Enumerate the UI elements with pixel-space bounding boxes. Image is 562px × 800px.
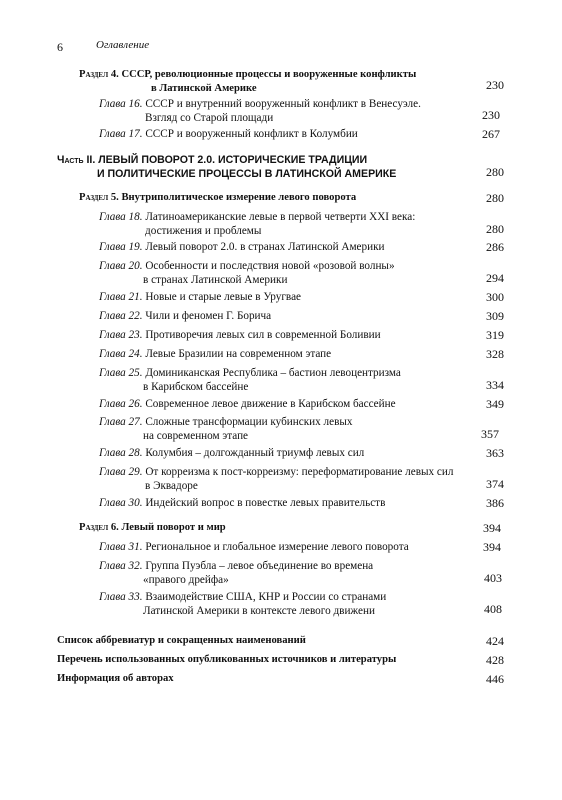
toc-chapter-21[interactable]: Глава 21. Новые и старые левые в Уругвае xyxy=(99,290,301,304)
toc-chapter-27[interactable]: Глава 27. Сложные трансформации кубински… xyxy=(99,415,352,443)
toc-chapter-19[interactable]: Глава 19. Левый поворот 2.0. в странах Л… xyxy=(99,240,385,254)
chapter-title: Чили и феномен Г. Борича xyxy=(145,310,271,322)
toc-section-6[interactable]: Раздел 6. Левый поворот и мир xyxy=(79,521,226,535)
chapter-title: Левые Бразилии на современном этапе xyxy=(145,348,331,360)
page-ref: 319 xyxy=(464,328,504,343)
chapter-title: Колумбия – долгожданный триумф левых сил xyxy=(145,447,364,459)
toc-chapter-31[interactable]: Глава 31. Региональное и глобальное изме… xyxy=(99,540,409,554)
back-title: Информация об авторах xyxy=(57,672,174,686)
toc-chapter-16[interactable]: Глава 16. СССР и внутренний вооруженный … xyxy=(99,97,421,125)
chapter-title: Сложные трансформации кубинских левых xyxy=(145,416,352,428)
page-ref: 446 xyxy=(464,672,504,687)
chapter-title-cont: в Эквадоре xyxy=(99,479,453,493)
chapter-label: Глава 25. xyxy=(99,367,143,379)
chapter-label: Глава 31. xyxy=(99,541,143,553)
chapter-title: От корреизма к пост-корреизму: переформа… xyxy=(145,466,453,478)
page-ref: 394 xyxy=(461,540,501,555)
page-ref: 280 xyxy=(464,222,504,237)
chapter-title-cont: в странах Латинской Америки xyxy=(99,273,395,287)
part-title: ЛЕВЫЙ ПОВОРОТ 2.0. ИСТОРИЧЕСКИЕ ТРАДИЦИИ xyxy=(98,154,367,166)
page-ref: 286 xyxy=(464,240,504,255)
running-head: Оглавление xyxy=(96,39,149,51)
page-ref: 357 xyxy=(459,427,499,442)
toc-chapter-22[interactable]: Глава 22. Чили и феномен Г. Борича xyxy=(99,309,271,323)
part-label: Часть II. xyxy=(57,154,95,166)
toc-chapter-32[interactable]: Глава 32. Группа Пуэбла – левое объедине… xyxy=(99,559,373,587)
toc-chapter-24[interactable]: Глава 24. Левые Бразилии на современном … xyxy=(99,347,331,361)
chapter-label: Глава 30. xyxy=(99,497,143,509)
page-number: 6 xyxy=(57,40,63,55)
page-ref: 403 xyxy=(462,571,502,586)
chapter-label: Глава 28. xyxy=(99,447,143,459)
toc-abbreviations[interactable]: Список аббревиатур и сокращенных наимено… xyxy=(57,634,306,648)
chapter-title: Противоречия левых сил в современной Бол… xyxy=(145,329,380,341)
chapter-title-cont: Латинской Америки в контексте левого дви… xyxy=(99,604,386,618)
page-ref: 328 xyxy=(464,347,504,362)
page-ref: 428 xyxy=(464,653,504,668)
page-ref: 374 xyxy=(464,477,504,492)
toc-chapter-20[interactable]: Глава 20. Особенности и последствия ново… xyxy=(99,259,395,287)
toc-chapter-18[interactable]: Глава 18. Латиноамериканские левые в пер… xyxy=(99,210,415,238)
page-ref: 294 xyxy=(464,271,504,286)
back-title: Перечень использованных опубликованных и… xyxy=(57,653,396,667)
section-title: Внутриполитическое измерение левого пово… xyxy=(121,192,356,203)
chapter-label: Глава 23. xyxy=(99,329,143,341)
page-ref: 280 xyxy=(464,191,504,206)
section-label: Раздел 6. xyxy=(79,522,119,533)
chapter-label: Глава 32. xyxy=(99,560,143,572)
page-ref: 363 xyxy=(464,446,504,461)
chapter-title: Новые и старые левые в Уругвае xyxy=(145,291,301,303)
section-label: Раздел 4. xyxy=(79,69,119,80)
toc-chapter-30[interactable]: Глава 30. Индейский вопрос в повестке ле… xyxy=(99,496,385,510)
chapter-label: Глава 16. xyxy=(99,98,143,110)
page-ref: 408 xyxy=(462,602,502,617)
page-ref: 300 xyxy=(464,290,504,305)
toc-sources[interactable]: Перечень использованных опубликованных и… xyxy=(57,653,396,667)
toc-section-4[interactable]: Раздел 4. СССР, революционные процессы и… xyxy=(79,68,416,96)
section-label: Раздел 5. xyxy=(79,192,119,203)
chapter-title: Доминиканская Республика – бастион левоц… xyxy=(145,367,401,379)
chapter-title: Левый поворот 2.0. в странах Латинской А… xyxy=(145,241,384,253)
chapter-title-cont: «правого дрейфа» xyxy=(99,573,373,587)
chapter-label: Глава 20. xyxy=(99,260,143,272)
page-ref: 424 xyxy=(464,634,504,649)
page-ref: 349 xyxy=(464,397,504,412)
chapter-title: Современное левое движение в Карибском б… xyxy=(145,398,395,410)
section-title: Левый поворот и мир xyxy=(121,522,225,533)
chapter-title: Группа Пуэбла – левое объединение во вре… xyxy=(145,560,373,572)
part-title-cont: И ПОЛИТИЧЕСКИЕ ПРОЦЕССЫ В ЛАТИНСКОЙ АМЕР… xyxy=(57,167,396,181)
chapter-label: Глава 29. xyxy=(99,466,143,478)
chapter-title: Региональное и глобальное измерение лево… xyxy=(145,541,408,553)
toc-chapter-23[interactable]: Глава 23. Противоречия левых сил в совре… xyxy=(99,328,381,342)
chapter-label: Глава 19. xyxy=(99,241,143,253)
back-title: Список аббревиатур и сокращенных наимено… xyxy=(57,634,306,648)
chapter-label: Глава 33. xyxy=(99,591,143,603)
page-ref: 267 xyxy=(460,127,500,142)
toc-section-5[interactable]: Раздел 5. Внутриполитическое измерение л… xyxy=(79,191,356,205)
page-ref: 230 xyxy=(464,78,504,93)
toc-chapter-29[interactable]: Глава 29. От корреизма к пост-корреизму:… xyxy=(99,465,453,493)
page-ref: 386 xyxy=(464,496,504,511)
chapter-title-cont: в Карибском бассейне xyxy=(99,380,401,394)
chapter-label: Глава 26. xyxy=(99,398,143,410)
chapter-label: Глава 24. xyxy=(99,348,143,360)
chapter-title: Особенности и последствия новой «розовой… xyxy=(145,260,394,272)
toc-part-2[interactable]: Часть II. ЛЕВЫЙ ПОВОРОТ 2.0. ИСТОРИЧЕСКИ… xyxy=(57,153,396,181)
chapter-title: Индейский вопрос в повестке левых правит… xyxy=(145,497,385,509)
chapter-title: Латиноамериканские левые в первой четвер… xyxy=(145,211,415,223)
page-ref: 334 xyxy=(464,378,504,393)
toc-chapter-28[interactable]: Глава 28. Колумбия – долгожданный триумф… xyxy=(99,446,364,460)
page-ref: 309 xyxy=(464,309,504,324)
page-ref: 280 xyxy=(464,165,504,180)
chapter-title-cont: на современном этапе xyxy=(99,429,352,443)
chapter-label: Глава 17. xyxy=(99,128,143,140)
toc-chapter-17[interactable]: Глава 17. СССР и вооруженный конфликт в … xyxy=(99,127,358,141)
toc-chapter-26[interactable]: Глава 26. Современное левое движение в К… xyxy=(99,397,396,411)
chapter-label: Глава 27. xyxy=(99,416,143,428)
chapter-title: СССР и внутренний вооруженный конфликт в… xyxy=(145,98,421,110)
section-title: СССР, революционные процессы и вооруженн… xyxy=(121,69,416,80)
chapter-title: Взаимодействие США, КНР и России со стра… xyxy=(145,591,386,603)
section-title-cont: в Латинской Америке xyxy=(79,82,416,96)
chapter-title: СССР и вооруженный конфликт в Колумбии xyxy=(145,128,357,140)
chapter-label: Глава 22. xyxy=(99,310,143,322)
toc-chapter-25[interactable]: Глава 25. Доминиканская Республика – бас… xyxy=(99,366,401,394)
chapter-label: Глава 21. xyxy=(99,291,143,303)
chapter-title-cont: Взгляд со Старой площади xyxy=(99,111,421,125)
toc-authors[interactable]: Информация об авторах xyxy=(57,672,174,686)
chapter-title-cont: достижения и проблемы xyxy=(99,224,415,238)
page-ref: 230 xyxy=(460,108,500,123)
page-ref: 394 xyxy=(461,521,501,536)
chapter-label: Глава 18. xyxy=(99,211,143,223)
toc-chapter-33[interactable]: Глава 33. Взаимодействие США, КНР и Росс… xyxy=(99,590,386,618)
